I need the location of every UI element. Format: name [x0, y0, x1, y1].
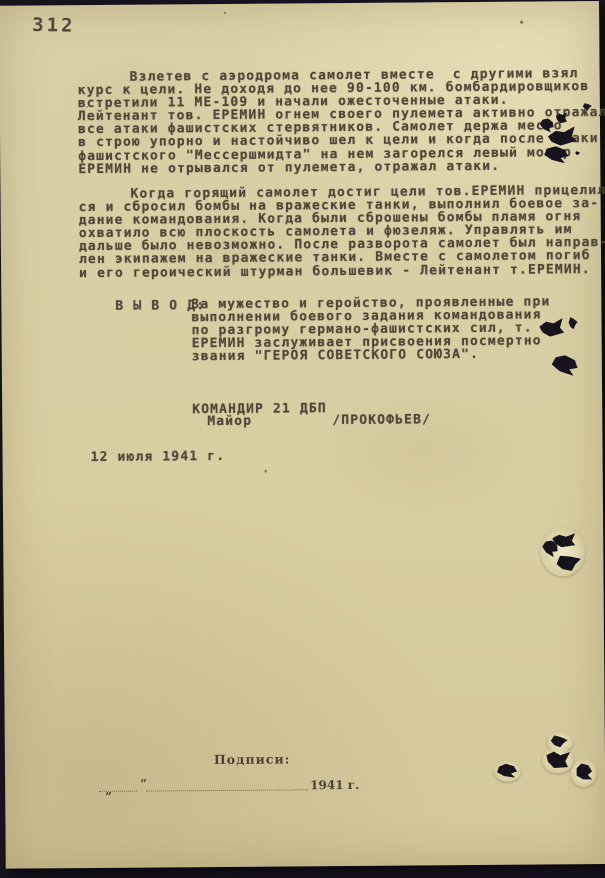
- ink-blot: [568, 317, 577, 329]
- text-line: ЕРЕМИН не отрывался от пулемета, отражал…: [78, 159, 605, 176]
- commander-name: /ПРОКОФЬЕВ/: [332, 413, 431, 427]
- paper-speck: [520, 21, 523, 24]
- ink-blot: [574, 762, 594, 783]
- document-page: 312 Взлетев с аэродрома самолет вместе с…: [0, 1, 605, 869]
- paper-speck: [265, 470, 267, 473]
- paper-speck: [224, 12, 226, 14]
- paper-speck: [86, 106, 88, 108]
- commander-signature-row: Майор /ПРОКОФЬЕВ/: [207, 413, 507, 429]
- document-date: 12 июля 1941 г.: [91, 450, 226, 464]
- dotted-line: [99, 790, 137, 792]
- ink-blot: [497, 764, 517, 778]
- ink-blot: [550, 353, 579, 376]
- signatures-label: Подписи:: [214, 751, 291, 767]
- page-number-stamp: 312: [32, 14, 76, 37]
- scanned-document: 312 Взлетев с аэродрома самолет вместе с…: [0, 0, 605, 878]
- paper-hole: [494, 761, 521, 782]
- text-line: и его героический штурман большевик - Ле…: [79, 262, 605, 279]
- year-label: 1941 г.: [310, 778, 359, 792]
- paper-hole: [540, 527, 585, 576]
- paragraph-2: Когда горящий самолет достиг цели тов.ЕР…: [78, 184, 605, 280]
- commander-rank: Майор: [207, 415, 252, 428]
- dotted-line: [146, 788, 308, 791]
- text-line: звания "ГЕРОЯ СОВЕТСКОГО СОЮЗА".: [192, 348, 551, 364]
- ink-blot: [555, 552, 583, 573]
- paragraph-1: Взлетев с аэродрома самолет вместе с дру…: [78, 67, 605, 176]
- paper-hole: [570, 758, 597, 787]
- verdict-text: За мужество и геройство, проявленные при…: [191, 295, 551, 363]
- ink-blot: [545, 749, 570, 770]
- close-quote-mark: “: [140, 777, 147, 791]
